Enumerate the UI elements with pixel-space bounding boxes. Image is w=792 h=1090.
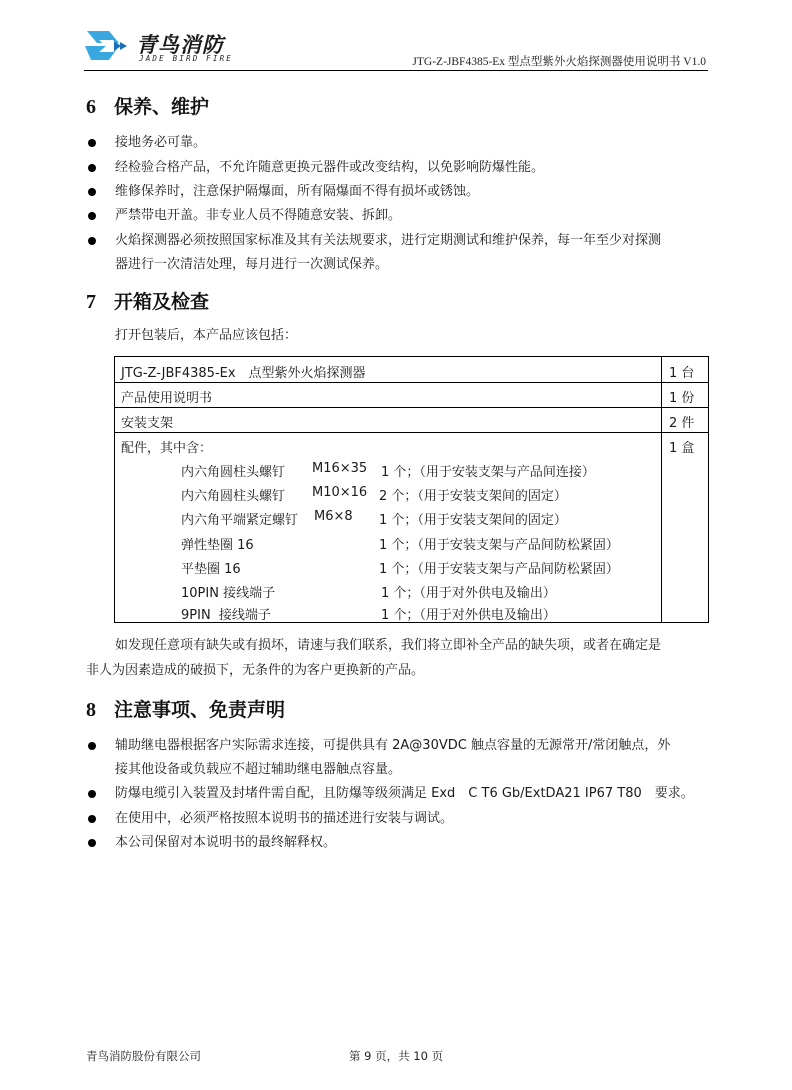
table-column-divider [661,357,662,622]
header-divider [84,70,708,71]
bullet-icon [88,815,96,823]
accessory-name: 平垫圈 16 [181,558,241,577]
accessory-spec: M6×8 [314,509,353,524]
package-contents-table: JTG-Z-JBF4385-Ex 点型紫外火焰探测器 1 台 产品使用说明书 1… [114,356,709,623]
list-item: 本公司保留对本说明书的最终解释权。 [115,831,336,856]
table-row-divider [115,382,708,383]
bullet-icon [88,790,96,798]
accessory-name: 9PIN 接线端子 [181,604,271,623]
accessory-desc: 1 个；（用于对外供电及输出） [381,604,556,623]
section-number: 6 [86,96,114,119]
table-cell-qty: 1 份 [669,387,694,406]
accessory-name: 弹性垫圈 16 [181,534,254,553]
bullet-icon [88,742,96,750]
accessory-name: 内六角圆柱头螺钉 [181,461,285,480]
section-7-heading: 7开箱及检查 [86,287,209,314]
accessory-desc: 2 个；（用于安装支架间的固定） [379,485,567,504]
list-item: 火焰探测器必须按照国家标准及其有关法规要求，进行定期测试和维护保养，每一年至少对… [115,229,661,254]
table-cell-item: JTG-Z-JBF4385-Ex 点型紫外火焰探测器 [121,362,366,381]
list-item: 辅助继电器根据客户实际需求连接，可提供具有 2A@30VDC 触点容量的无源常开… [115,734,670,759]
table-cell-qty: 1 盒 [669,437,694,456]
bullet-icon [88,188,96,196]
table-cell-qty: 2 件 [669,412,694,431]
section-number: 8 [86,699,114,722]
logo-icon [85,29,131,63]
list-item: 接地务必可靠。 [115,131,206,156]
section-7-note: 如发现任意项有缺失或有损坏，请速与我们联系，我们将立即补全产品的缺失项，或者在确… [115,634,661,659]
list-item: 经检验合格产品，不允许随意更换元器件或改变结构，以免影响防爆性能。 [115,156,544,181]
section-title: 注意事项、免责声明 [114,699,285,721]
section-number: 7 [86,291,114,314]
accessory-desc: 1 个；（用于安装支架间的固定） [379,509,567,528]
accessory-name: 内六角平端紧定螺钉 [181,509,298,528]
accessory-name: 10PIN 接线端子 [181,582,275,601]
list-item: 防爆电缆引入装置及封堵件需自配，且防爆等级须满足 Exd C T6 Gb/Ext… [115,782,694,807]
list-item: 在使用中，必须严格按照本说明书的描述进行安装与调试。 [115,807,453,832]
document-title: JTG-Z-JBF4385-Ex 型点型紫外火焰探测器使用说明书 V1.0 [412,53,706,69]
table-cell-qty: 1 台 [669,362,694,381]
bullet-icon [88,839,96,847]
list-item: 严禁带电开盖。非专业人员不得随意安装、拆卸。 [115,204,401,229]
accessory-desc: 1 个；（用于安装支架与产品间防松紧固） [379,534,619,553]
bullet-icon [88,212,96,220]
footer-company: 青鸟消防股份有限公司 [86,1048,201,1064]
section-title: 开箱及检查 [114,291,209,313]
table-cell-item: 配件，其中含： [121,437,212,456]
accessory-spec: M16×35 [312,461,367,476]
section-7-intro: 打开包装后，本产品应该包括： [115,324,297,349]
list-item: 维修保养时，注意保护隔爆面，所有隔爆面不得有损坏或锈蚀。 [115,180,479,205]
logo-text-en: JADE BIRD FIRE [139,54,233,63]
bullet-icon [88,237,96,245]
table-cell-item: 产品使用说明书 [121,387,212,406]
section-8-heading: 8注意事项、免责声明 [86,695,285,722]
section-title: 保养、维护 [114,96,209,118]
section-6-heading: 6保养、维护 [86,92,209,119]
list-item-continuation: 器进行一次清洁处理，每月进行一次测试保养。 [115,253,388,278]
bullet-icon [88,164,96,172]
accessory-desc: 1 个；（用于对外供电及输出） [381,582,556,601]
table-row-divider [115,432,708,433]
section-7-note-continuation: 非人为因素造成的破损下，无条件的为客户更换新的产品。 [86,659,424,684]
accessory-desc: 1 个；（用于安装支架与产品间防松紧固） [379,558,619,577]
accessory-desc: 1 个；（用于安装支架与产品间连接） [381,461,595,480]
bullet-icon [88,139,96,147]
accessory-spec: M10×16 [312,485,367,500]
accessory-name: 内六角圆柱头螺钉 [181,485,285,504]
table-row-divider [115,407,708,408]
list-item-continuation: 接其他设备或负载应不超过辅助继电器触点容量。 [115,758,401,783]
page-number: 第 9 页，共 10 页 [349,1048,443,1064]
table-cell-item: 安装支架 [121,412,173,431]
